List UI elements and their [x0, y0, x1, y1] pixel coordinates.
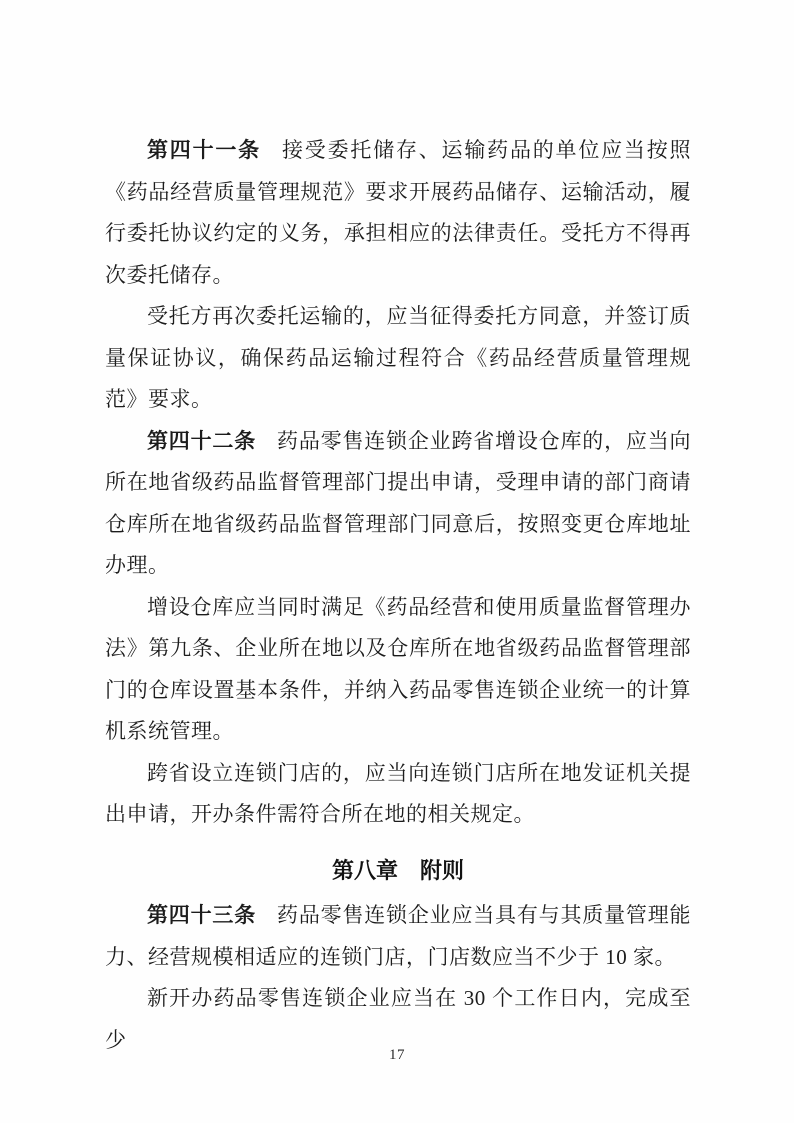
document-page: 第四十一条接受委托储存、运输药品的单位应当按照《药品经营质量管理规范》要求开展药…: [0, 0, 794, 1123]
document-body: 第四十一条接受委托储存、运输药品的单位应当按照《药品经营质量管理规范》要求开展药…: [105, 130, 691, 1061]
paragraph-article-42: 第四十二条药品零售连锁企业跨省增设仓库的，应当向所在地省级药品监督管理部门提出申…: [105, 421, 691, 587]
paragraph-body-1: 受托方再次委托运输的，应当征得委托方同意，并签订质量保证协议，确保药品运输过程符…: [105, 296, 691, 421]
paragraph-body-1-text: 受托方再次委托运输的，应当征得委托方同意，并签订质量保证协议，确保药品运输过程符…: [105, 304, 691, 411]
paragraph-body-2: 增设仓库应当同时满足《药品经营和使用质量监督管理办法》第九条、企业所在地以及仓库…: [105, 587, 691, 753]
paragraph-body-2-text: 增设仓库应当同时满足《药品经营和使用质量监督管理办法》第九条、企业所在地以及仓库…: [105, 595, 691, 744]
article-43-label: 第四十三条: [147, 903, 256, 927]
paragraph-body-3: 跨省设立连锁门店的，应当向连锁门店所在地发证机关提出申请，开办条件需符合所在地的…: [105, 753, 691, 836]
paragraph-article-41: 第四十一条接受委托储存、运输药品的单位应当按照《药品经营质量管理规范》要求开展药…: [105, 130, 691, 296]
paragraph-body-4-text: 新开办药品零售连锁企业应当在 30 个工作日内，完成至少: [105, 986, 691, 1052]
page-number: 17: [0, 1047, 794, 1064]
paragraph-article-43: 第四十三条药品零售连锁企业应当具有与其质量管理能力、经营规模相适应的连锁门店，门…: [105, 895, 691, 978]
article-42-label: 第四十二条: [147, 429, 256, 453]
paragraph-body-3-text: 跨省设立连锁门店的，应当向连锁门店所在地发证机关提出申请，开办条件需符合所在地的…: [105, 761, 691, 827]
article-41-label: 第四十一条: [147, 138, 261, 162]
chapter-8-heading: 第八章 附则: [105, 850, 691, 892]
